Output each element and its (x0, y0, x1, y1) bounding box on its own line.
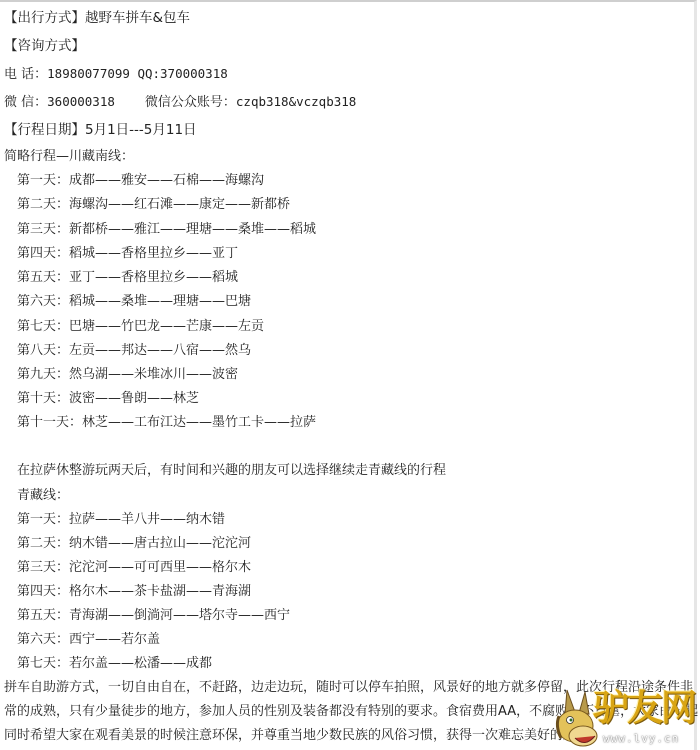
day-route: 成都——雅安——石棉——海螺沟 (69, 173, 264, 188)
dates-line: 【行程日期】5月1日---5月11日 (4, 122, 197, 138)
day-route: 青海湖——倒淌河——塔尔寺——西宁 (69, 608, 290, 623)
day-route: 稻城——香格里拉乡——亚丁 (69, 246, 238, 261)
day-label: 第二天： (17, 197, 69, 212)
itinerary-day: 第六天：稻城——桑堆——理塘——巴塘 (17, 294, 251, 310)
itinerary-day: 第九天：然乌湖——米堆冰川——波密 (17, 367, 238, 383)
day-label: 第十天： (17, 391, 69, 406)
wechat-label: 微 信： (4, 95, 47, 110)
day-route: 拉萨——羊八井——纳木错 (69, 512, 225, 527)
day-label: 第一天： (17, 173, 69, 188)
travel-mode-label: 【出行方式】 (4, 10, 85, 26)
itinerary-day: 第二天：纳木错——唐古拉山——沱沱河 (17, 536, 251, 552)
itinerary-day: 第八天：左贡——邦达——八宿——然乌 (17, 343, 251, 359)
day-label: 第四天： (17, 246, 69, 261)
travel-mode-line: 【出行方式】越野车拼车&包车 (4, 10, 190, 26)
itinerary-day: 第六天：西宁——若尔盖 (17, 632, 160, 648)
day-route: 林芝——工布江达——墨竹工卡——拉萨 (82, 415, 316, 430)
transition-note: 在拉萨休整游玩两天后，有时间和兴趣的朋友可以选择继续走青藏线的行程 (17, 463, 446, 479)
day-route: 海螺沟——红石滩——康定——新都桥 (69, 197, 290, 212)
qinghai-tibet-title: 青藏线： (17, 488, 69, 504)
phone-value: 18980077099 QQ:370000318 (47, 66, 228, 81)
itinerary-day: 第四天：稻城——香格里拉乡——亚丁 (17, 246, 238, 262)
itinerary-day: 第十一天：林芝——工布江达——墨竹工卡——拉萨 (17, 415, 316, 431)
day-route: 纳木错——唐古拉山——沱沱河 (69, 536, 251, 551)
wechat-public-value: czqb318&vczqb318 (236, 94, 356, 109)
day-route: 稻城——桑堆——理塘——巴塘 (69, 294, 251, 309)
day-route: 巴塘——竹巴龙——芒康——左贡 (69, 319, 264, 334)
itinerary-day: 第五天：青海湖——倒淌河——塔尔寺——西宁 (17, 608, 290, 624)
day-route: 格尔木——茶卡盐湖——青海湖 (69, 584, 251, 599)
itinerary-day: 第三天：新都桥——雅江——理塘——桑堆——稻城 (17, 222, 316, 238)
itinerary-day: 第一天：拉萨——羊八井——纳木错 (17, 512, 225, 528)
day-label: 第五天： (17, 608, 69, 623)
day-label: 第七天： (17, 656, 69, 671)
day-route: 波密——鲁朗——林芝 (69, 391, 199, 406)
day-route: 亚丁——香格里拉乡——稻城 (69, 270, 238, 285)
day-label: 第三天： (17, 222, 69, 237)
day-label: 第十一天： (17, 415, 82, 430)
itinerary-day: 第十天：波密——鲁朗——林芝 (17, 391, 199, 407)
itinerary-day: 第五天：亚丁——香格里拉乡——稻城 (17, 270, 238, 286)
day-route: 新都桥——雅江——理塘——桑堆——稻城 (69, 222, 316, 237)
day-route: 西宁——若尔盖 (69, 632, 160, 647)
itinerary-day: 第一天：成都——雅安——石棉——海螺沟 (17, 173, 264, 189)
phone-label: 电 话： (4, 67, 47, 82)
day-route: 若尔盖——松潘——成都 (69, 656, 212, 671)
day-label: 第二天： (17, 536, 69, 551)
day-route: 沱沱河——可可西里——格尔木 (69, 560, 251, 575)
day-label: 第九天： (17, 367, 69, 382)
watermark-brand: 驴友网 (593, 688, 695, 728)
day-label: 第六天： (17, 632, 69, 647)
watermark-logo: 驴友网 www.lvy.cn (545, 686, 700, 750)
consult-heading: 【咨询方式】 (4, 38, 85, 54)
dates-label: 【行程日期】 (4, 122, 85, 138)
itinerary-day: 第七天：若尔盖——松潘——成都 (17, 656, 212, 672)
day-label: 第六天： (17, 294, 69, 309)
day-label: 第五天： (17, 270, 69, 285)
document-page: 【出行方式】越野车拼车&包车 【咨询方式】 电 话：18980077099 QQ… (0, 0, 697, 750)
phone-line: 电 话：18980077099 QQ:370000318 (4, 66, 228, 83)
wechat-line: 微 信：360000318微信公众账号：czqb318&vczqb318 (4, 94, 356, 111)
day-label: 第八天： (17, 343, 69, 358)
day-route: 然乌湖——米堆冰川——波密 (69, 367, 238, 382)
dates-value: 5月1日---5月11日 (85, 122, 197, 138)
watermark-url: www.lvy.cn (603, 732, 679, 745)
travel-mode-value: 越野车拼车&包车 (85, 10, 190, 26)
day-label: 第一天： (17, 512, 69, 527)
day-label: 第三天： (17, 560, 69, 575)
day-label: 第四天： (17, 584, 69, 599)
wechat-value: 360000318 (47, 94, 115, 109)
itinerary-day: 第七天：巴塘——竹巴龙——芒康——左贡 (17, 319, 264, 335)
day-route: 左贡——邦达——八宿——然乌 (69, 343, 251, 358)
sichuan-tibet-title: 简略行程—川藏南线： (4, 149, 134, 165)
itinerary-day: 第三天：沱沱河——可可西里——格尔木 (17, 560, 251, 576)
day-label: 第七天： (17, 319, 69, 334)
wechat-public-label: 微信公众账号： (145, 95, 236, 110)
itinerary-day: 第四天：格尔木——茶卡盐湖——青海湖 (17, 584, 251, 600)
itinerary-day: 第二天：海螺沟——红石滩——康定——新都桥 (17, 197, 290, 213)
